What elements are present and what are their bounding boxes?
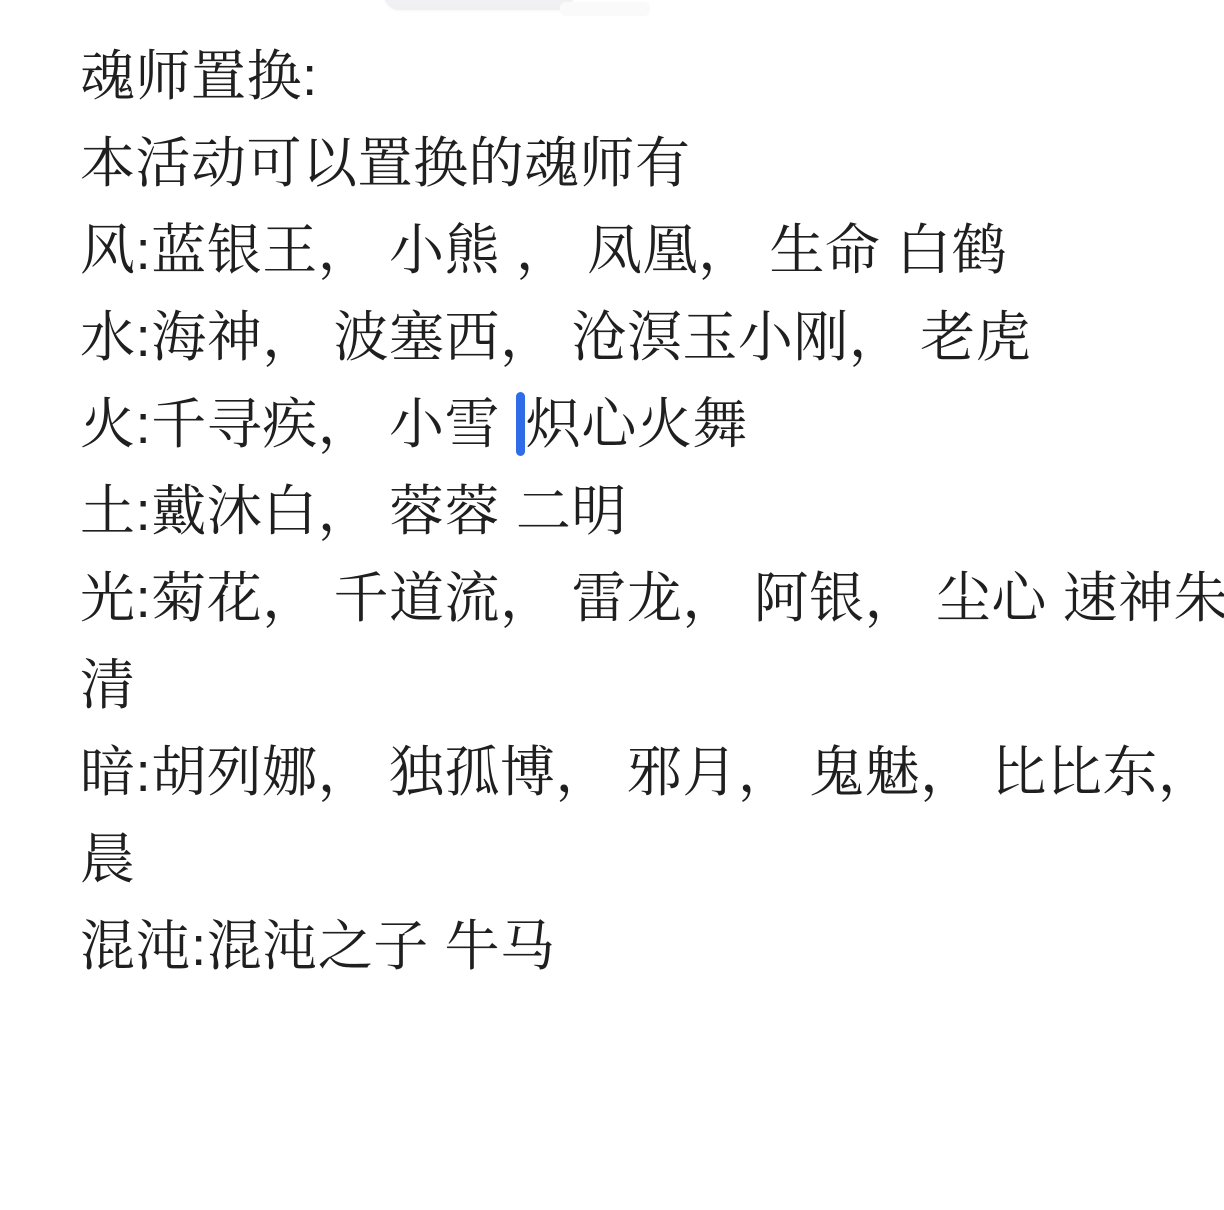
note-line-intro: 本活动可以置换的魂师有 [80, 120, 1184, 207]
fire-line-before-cursor: 火:千寻疾， 小雪 [80, 393, 516, 455]
text-cursor [516, 392, 525, 456]
note-line-light-wrap: 清 [80, 642, 1184, 729]
note-line-dark-wrap: 晨 [80, 816, 1184, 903]
note-line-water: 水:海神， 波塞西， 沧溟玉小刚， 老虎 [80, 294, 1184, 381]
note-line-dark: 暗:胡列娜， 独孤博， 邪月， 鬼魅， 比比东， 唐 [80, 729, 1184, 816]
note-line-fire: 火:千寻疾， 小雪 炽心火舞 [80, 381, 1184, 468]
fire-line-after-cursor: 炽心火舞 [526, 393, 748, 455]
note-line-title: 魂师置换: [80, 33, 1184, 120]
note-editor[interactable]: 魂师置换: 本活动可以置换的魂师有 风:蓝银王， 小熊 ， 凤凰， 生命 白鹤 … [0, 0, 1224, 1210]
note-line-light: 光:菊花， 千道流， 雷龙， 阿银， 尘心 速神朱竹 [80, 555, 1184, 642]
note-line-earth: 土:戴沐白， 蓉蓉 二明 [80, 468, 1184, 555]
note-line-chaos: 混沌:混沌之子 牛马 [80, 903, 1184, 990]
note-line-wind: 风:蓝银王， 小熊 ， 凤凰， 生命 白鹤 [80, 207, 1184, 294]
